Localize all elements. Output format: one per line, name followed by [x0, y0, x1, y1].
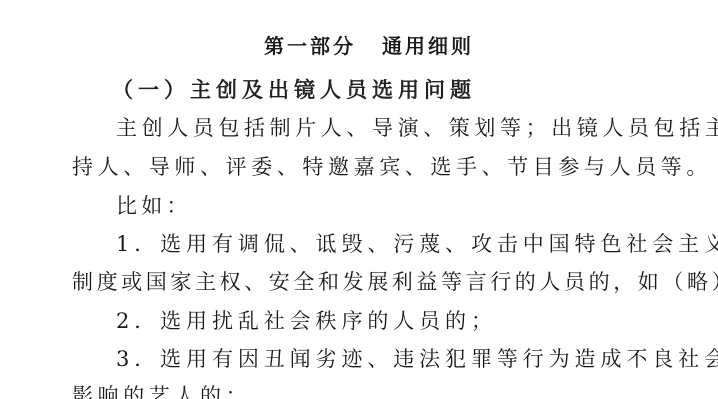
section-heading: （一）主创及出镜人员选用问题	[112, 79, 476, 100]
list-item-3-continued: 影响的艺人的；	[72, 386, 251, 399]
paragraph-line: 持人、导师、评委、特邀嘉宾、选手、节目参与人员等。	[72, 157, 712, 178]
list-item-2: 2．选用扰乱社会秩序的人员的；	[116, 311, 497, 332]
list-item-3: 3．选用有因丑闻劣迹、违法犯罪等行为造成不良社会	[116, 349, 718, 370]
part-number: 第一部分	[264, 34, 356, 58]
paragraph-line: 主创人员包括制片人、导演、策划等；出镜人员包括主	[116, 118, 718, 139]
list-item-1: 1．选用有调侃、诋毁、污蔑、攻击中国特色社会主义	[116, 234, 718, 255]
example-label: 比如：	[116, 196, 192, 217]
part-name: 通用细则	[382, 34, 474, 58]
list-item-1-continued: 制度或国家主权、安全和发展利益等言行的人员的，如（略）；	[72, 272, 718, 293]
part-title: 第一部分通用细则	[264, 36, 474, 56]
